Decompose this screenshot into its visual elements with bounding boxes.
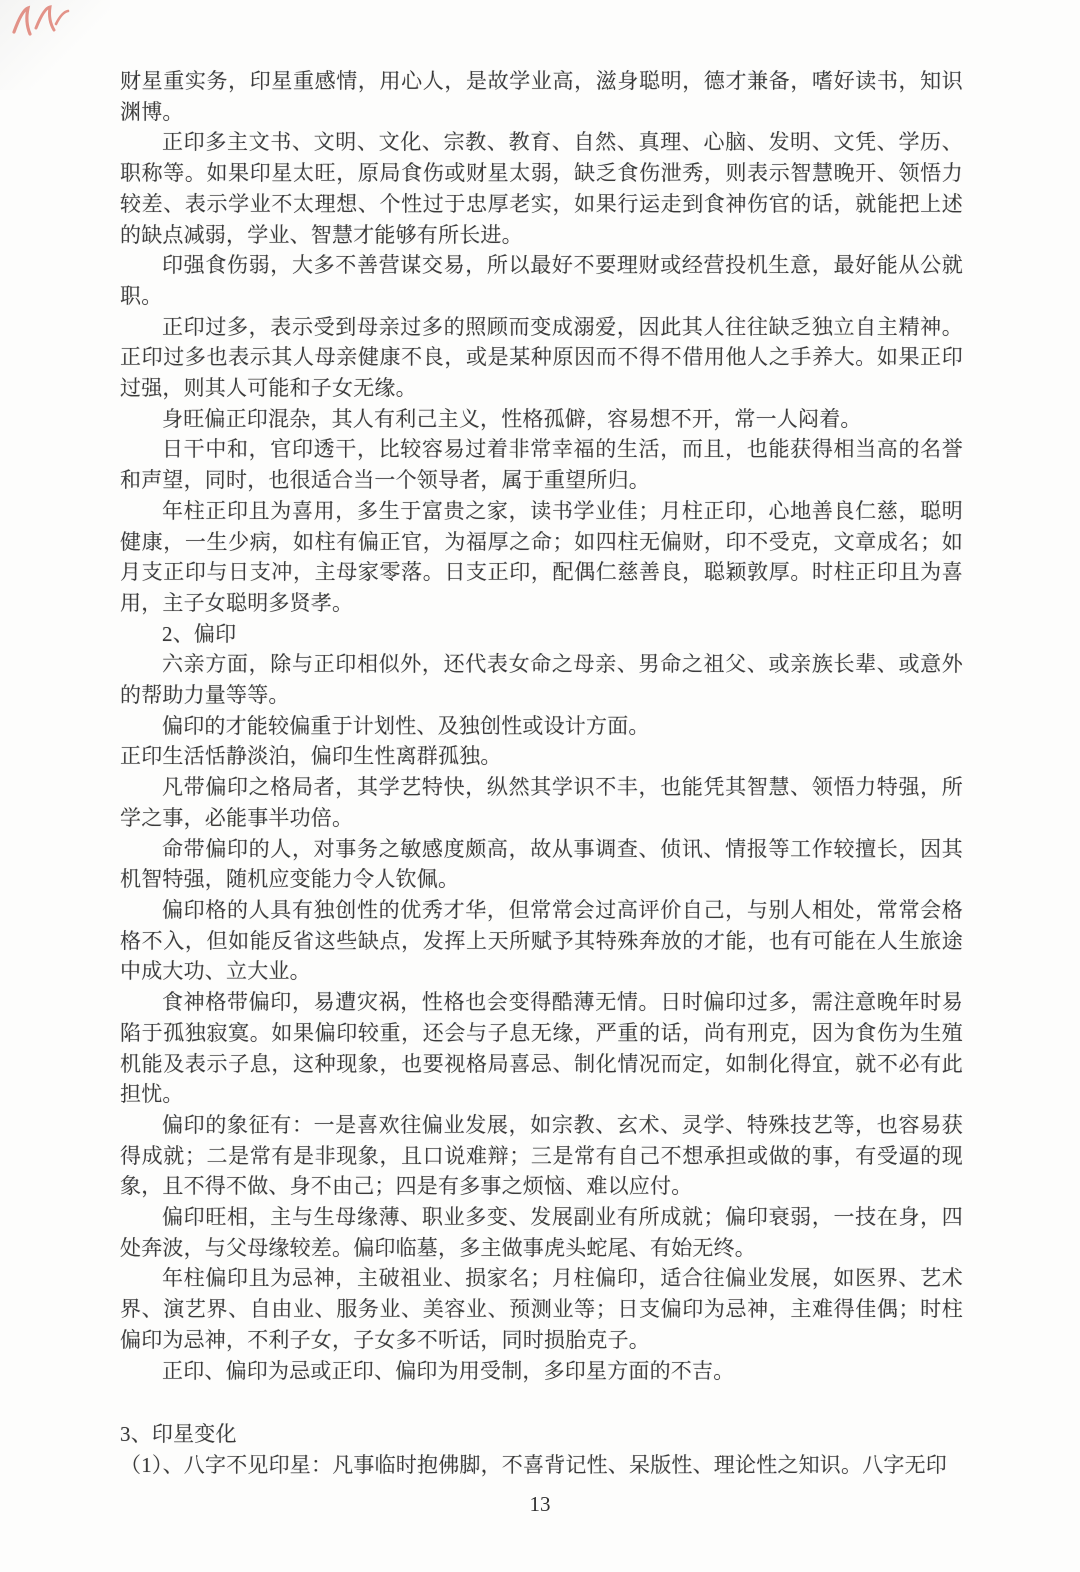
- document-body: 财星重实务，印星重感情，用心人，是故学业高，滋身聪明，德才兼备，嗜好读书，知识渊…: [120, 66, 963, 1481]
- paragraph: 偏印旺相，主与生母缘薄、职业多变、发展副业有所成就；偏印衰弱，一技在身，四处奔波…: [120, 1202, 963, 1263]
- paragraph: 身旺偏正印混杂，其人有利己主义，性格孤僻，容易想不开，常一人闷着。: [120, 404, 963, 435]
- paragraph: 日干中和，官印透干，比较容易过着非常幸福的生活，而且，也能获得相当高的名誉和声望…: [120, 434, 963, 495]
- paragraph: 年柱正印且为喜用，多生于富贵之家，读书学业佳；月柱正印，心地善良仁慈，聪明健康，…: [120, 496, 963, 619]
- red-pen-scribble-mark: [10, 2, 72, 42]
- paragraph: 正印、偏印为忌或正印、偏印为用受制，多印星方面的不吉。: [120, 1356, 963, 1387]
- page-number: 13: [0, 1492, 1080, 1517]
- paragraph: 3、印星变化: [120, 1419, 963, 1450]
- paragraph: 命带偏印的人，对事务之敏感度颇高，故从事调查、侦讯、情报等工作较擅长，因其机智特…: [120, 834, 963, 895]
- scanned-document-page: 财星重实务，印星重感情，用心人，是故学业高，滋身聪明，德才兼备，嗜好读书，知识渊…: [0, 0, 1080, 1572]
- paragraph: 印强食伤弱，大多不善营谋交易，所以最好不要理财或经营投机生意，最好能从公就职。: [120, 250, 963, 311]
- paragraph: 财星重实务，印星重感情，用心人，是故学业高，滋身聪明，德才兼备，嗜好读书，知识渊…: [120, 66, 963, 127]
- paragraph: 偏印格的人具有独创性的优秀才华，但常常会过高评价自己，与别人相处，常常会格格不入…: [120, 895, 963, 987]
- paragraph: （1）、八字不见印星：凡事临时抱佛脚，不喜背记性、呆版性、理论性之知识。八字无印: [120, 1450, 963, 1481]
- paragraph: 食神格带偏印，易遭灾祸，性格也会变得酷薄无情。日时偏印过多，需注意晚年时易陷于孤…: [120, 987, 963, 1110]
- paragraph: 六亲方面，除与正印相似外，还代表女命之母亲、男命之祖父、或亲族长辈、或意外的帮助…: [120, 649, 963, 710]
- paragraph: 凡带偏印之格局者，其学艺特快，纵然其学识不丰，也能凭其智慧、领悟力特强，所学之事…: [120, 772, 963, 833]
- paragraph: 年柱偏印且为忌神，主破祖业、损家名；月柱偏印，适合往偏业发展，如医界、艺术界、演…: [120, 1263, 963, 1355]
- paragraph: 正印生活恬静淡泊，偏印生性离群孤独。: [120, 741, 963, 772]
- paragraph: 正印多主文书、文明、文化、宗教、教育、自然、真理、心脑、发明、文凭、学历、职称等…: [120, 127, 963, 250]
- paragraph: 正印过多，表示受到母亲过多的照顾而变成溺爱，因此其人往往缺乏独立自主精神。正印过…: [120, 312, 963, 404]
- paragraph: 偏印的象征有：一是喜欢往偏业发展，如宗教、玄术、灵学、特殊技艺等，也容易获得成就…: [120, 1110, 963, 1202]
- paragraph: 偏印的才能较偏重于计划性、及独创性或设计方面。: [120, 711, 963, 742]
- paragraph: 2、偏印: [120, 619, 963, 650]
